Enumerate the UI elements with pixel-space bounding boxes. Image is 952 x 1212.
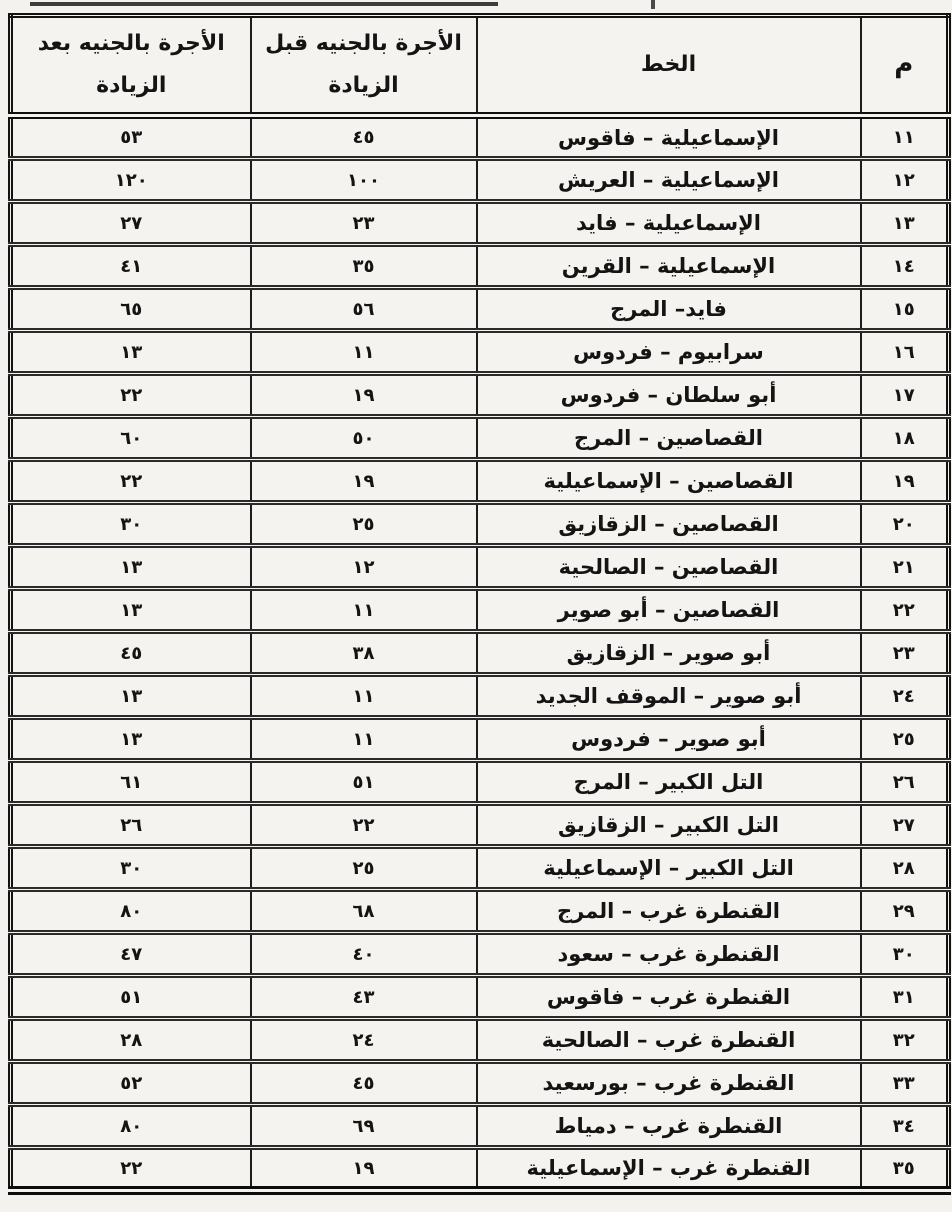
row-number-cell: ٢٣ [861, 632, 949, 675]
fare-before-cell: ٥٦ [251, 288, 477, 331]
row-number-cell: ١٤ [861, 245, 949, 288]
table-row: ٣١القنطرة غرب – فاقوس٤٣٥١ [11, 976, 949, 1019]
row-number-cell: ١٧ [861, 374, 949, 417]
fare-before-cell: ٤٥ [251, 1062, 477, 1105]
table-row: ٣٣القنطرة غرب – بورسعيد٤٥٥٢ [11, 1062, 949, 1105]
row-number-cell: ٢١ [861, 546, 949, 589]
row-number-cell: ١٦ [861, 331, 949, 374]
fare-before-cell: ٣٨ [251, 632, 477, 675]
table-row: ٢٤أبو صوير – الموقف الجديد١١١٣ [11, 675, 949, 718]
header-fare-before-line1: الأجرة بالجنيه قبل [252, 23, 476, 65]
scan-artifact-tick [651, 0, 655, 9]
fare-table: م الخط الأجرة بالجنيه قبل الزيادة الأجرة… [8, 13, 951, 1195]
fare-after-cell: ٢٨ [11, 1019, 251, 1062]
row-number-cell: ٢٦ [861, 761, 949, 804]
row-number-cell: ٢٢ [861, 589, 949, 632]
fare-before-cell: ١٩ [251, 460, 477, 503]
route-cell: الإسماعيلية – فايد [477, 202, 861, 245]
fare-after-cell: ٦٥ [11, 288, 251, 331]
header-fare-after-column: الأجرة بالجنيه بعد الزيادة [11, 16, 251, 116]
fare-before-cell: ٤٠ [251, 933, 477, 976]
table-row: ٣٢القنطرة غرب – الصالحية٢٤٢٨ [11, 1019, 949, 1062]
route-cell: القصاصين – الصالحية [477, 546, 861, 589]
table-row: ٢٩القنطرة غرب – المرج٦٨٨٠ [11, 890, 949, 933]
fare-before-cell: ٢٤ [251, 1019, 477, 1062]
route-cell: الإسماعيلية – فاقوس [477, 116, 861, 159]
route-cell: القصاصين – الإسماعيلية [477, 460, 861, 503]
fare-before-cell: ١٩ [251, 1148, 477, 1191]
route-cell: القنطرة غرب – بورسعيد [477, 1062, 861, 1105]
fare-after-cell: ٨٠ [11, 1105, 251, 1148]
route-cell: القنطرة غرب – دمياط [477, 1105, 861, 1148]
fare-before-cell: ٢٣ [251, 202, 477, 245]
table-row: ٣٥القنطرة غرب – الإسماعيلية١٩٢٢ [11, 1148, 949, 1191]
row-number-cell: ١٥ [861, 288, 949, 331]
route-cell: التل الكبير – الإسماعيلية [477, 847, 861, 890]
fare-before-cell: ٤٣ [251, 976, 477, 1019]
fare-after-cell: ٦٠ [11, 417, 251, 460]
header-row: م الخط الأجرة بالجنيه قبل الزيادة الأجرة… [11, 16, 949, 116]
route-cell: أبو صوير – فردوس [477, 718, 861, 761]
table-row: ٢٢القصاصين – أبو صوير١١١٣ [11, 589, 949, 632]
fare-after-cell: ١٣ [11, 675, 251, 718]
fare-before-cell: ٥١ [251, 761, 477, 804]
row-number-cell: ٣١ [861, 976, 949, 1019]
fare-after-cell: ٢٧ [11, 202, 251, 245]
fare-after-cell: ٤٧ [11, 933, 251, 976]
fare-after-cell: ١٣ [11, 331, 251, 374]
route-cell: القنطرة غرب – سعود [477, 933, 861, 976]
scan-artifact-line [30, 2, 498, 6]
route-cell: القصاصين – الزقازيق [477, 503, 861, 546]
row-number-cell: ٣٠ [861, 933, 949, 976]
fare-after-cell: ٥١ [11, 976, 251, 1019]
header-fare-before-column: الأجرة بالجنيه قبل الزيادة [251, 16, 477, 116]
fare-after-cell: ١٣ [11, 589, 251, 632]
table-row: ١٢الإسماعيلية – العريش١٠٠١٢٠ [11, 159, 949, 202]
fare-before-cell: ١٩ [251, 374, 477, 417]
route-cell: القصاصين – أبو صوير [477, 589, 861, 632]
row-number-cell: ٣٥ [861, 1148, 949, 1191]
row-number-cell: ١٩ [861, 460, 949, 503]
fare-before-cell: ٤٥ [251, 116, 477, 159]
fare-before-cell: ١٢ [251, 546, 477, 589]
fare-after-cell: ١٣ [11, 718, 251, 761]
table-row: ٣٤القنطرة غرب – دمياط٦٩٨٠ [11, 1105, 949, 1148]
fare-after-cell: ٣٠ [11, 847, 251, 890]
table-row: ٢٦التل الكبير – المرج٥١٦١ [11, 761, 949, 804]
row-number-cell: ٢٧ [861, 804, 949, 847]
route-cell: أبو صوير – الزقازيق [477, 632, 861, 675]
row-number-cell: ٢٠ [861, 503, 949, 546]
fare-before-cell: ٦٨ [251, 890, 477, 933]
header-route-column: الخط [477, 16, 861, 116]
route-cell: فايد– المرج [477, 288, 861, 331]
route-cell: القنطرة غرب – الإسماعيلية [477, 1148, 861, 1191]
table-row: ٣٠القنطرة غرب – سعود٤٠٤٧ [11, 933, 949, 976]
row-number-cell: ٢٤ [861, 675, 949, 718]
route-cell: القنطرة غرب – فاقوس [477, 976, 861, 1019]
row-number-cell: ١٢ [861, 159, 949, 202]
fare-after-cell: ٦١ [11, 761, 251, 804]
header-number-column: م [861, 16, 949, 116]
table-row: ١٣الإسماعيلية – فايد٢٣٢٧ [11, 202, 949, 245]
fare-after-cell: ٨٠ [11, 890, 251, 933]
fare-after-cell: ٥٣ [11, 116, 251, 159]
row-number-cell: ١٣ [861, 202, 949, 245]
fare-before-cell: ٢٢ [251, 804, 477, 847]
table-row: ١٩القصاصين – الإسماعيلية١٩٢٢ [11, 460, 949, 503]
row-number-cell: ٣٣ [861, 1062, 949, 1105]
row-number-cell: ٢٨ [861, 847, 949, 890]
row-number-cell: ٢٥ [861, 718, 949, 761]
fare-before-cell: ١١ [251, 331, 477, 374]
route-cell: أبو صوير – الموقف الجديد [477, 675, 861, 718]
fare-before-cell: ٢٥ [251, 847, 477, 890]
fare-after-cell: ١٢٠ [11, 159, 251, 202]
row-number-cell: ٣٤ [861, 1105, 949, 1148]
header-fare-after-line1: الأجرة بالجنيه بعد [13, 23, 250, 65]
table-row: ١٤الإسماعيلية – القرين٣٥٤١ [11, 245, 949, 288]
scanned-page: { "page": { "background_color": "#f3f2ee… [0, 0, 952, 1212]
table-row: ١١الإسماعيلية – فاقوس٤٥٥٣ [11, 116, 949, 159]
table-body: ١١الإسماعيلية – فاقوس٤٥٥٣١٢الإسماعيلية –… [11, 116, 949, 1191]
table-row: ٢٠القصاصين – الزقازيق٢٥٣٠ [11, 503, 949, 546]
fare-after-cell: ٣٠ [11, 503, 251, 546]
fare-before-cell: ١١ [251, 675, 477, 718]
fare-before-cell: ٦٩ [251, 1105, 477, 1148]
route-cell: التل الكبير – الزقازيق [477, 804, 861, 847]
route-cell: سرابيوم – فردوس [477, 331, 861, 374]
fare-after-cell: ٢٦ [11, 804, 251, 847]
table-row: ١٦سرابيوم – فردوس١١١٣ [11, 331, 949, 374]
route-cell: أبو سلطان – فردوس [477, 374, 861, 417]
table-row: ١٥فايد– المرج٥٦٦٥ [11, 288, 949, 331]
route-cell: الإسماعيلية – العريش [477, 159, 861, 202]
route-cell: الإسماعيلية – القرين [477, 245, 861, 288]
table-row: ٢٥أبو صوير – فردوس١١١٣ [11, 718, 949, 761]
fare-after-cell: ٢٢ [11, 460, 251, 503]
fare-after-cell: ٤٥ [11, 632, 251, 675]
fare-before-cell: ١١ [251, 718, 477, 761]
row-number-cell: ١١ [861, 116, 949, 159]
header-fare-after-line2: الزيادة [13, 65, 250, 107]
table-row: ٢٧التل الكبير – الزقازيق٢٢٢٦ [11, 804, 949, 847]
route-cell: القصاصين – المرج [477, 417, 861, 460]
fare-after-cell: ٢٢ [11, 1148, 251, 1191]
table-row: ٢١القصاصين – الصالحية١٢١٣ [11, 546, 949, 589]
row-number-cell: ٢٩ [861, 890, 949, 933]
fare-before-cell: ٥٠ [251, 417, 477, 460]
table-row: ١٨القصاصين – المرج٥٠٦٠ [11, 417, 949, 460]
fare-before-cell: ١٠٠ [251, 159, 477, 202]
route-cell: التل الكبير – المرج [477, 761, 861, 804]
fare-before-cell: ١١ [251, 589, 477, 632]
fare-after-cell: ٤١ [11, 245, 251, 288]
table-row: ١٧أبو سلطان – فردوس١٩٢٢ [11, 374, 949, 417]
fare-after-cell: ١٣ [11, 546, 251, 589]
header-fare-before-line2: الزيادة [252, 65, 476, 107]
table-row: ٢٣أبو صوير – الزقازيق٣٨٤٥ [11, 632, 949, 675]
row-number-cell: ٣٢ [861, 1019, 949, 1062]
fare-before-cell: ٣٥ [251, 245, 477, 288]
route-cell: القنطرة غرب – الصالحية [477, 1019, 861, 1062]
fare-after-cell: ٥٢ [11, 1062, 251, 1105]
table-row: ٢٨التل الكبير – الإسماعيلية٢٥٣٠ [11, 847, 949, 890]
fare-before-cell: ٢٥ [251, 503, 477, 546]
route-cell: القنطرة غرب – المرج [477, 890, 861, 933]
row-number-cell: ١٨ [861, 417, 949, 460]
fare-after-cell: ٢٢ [11, 374, 251, 417]
